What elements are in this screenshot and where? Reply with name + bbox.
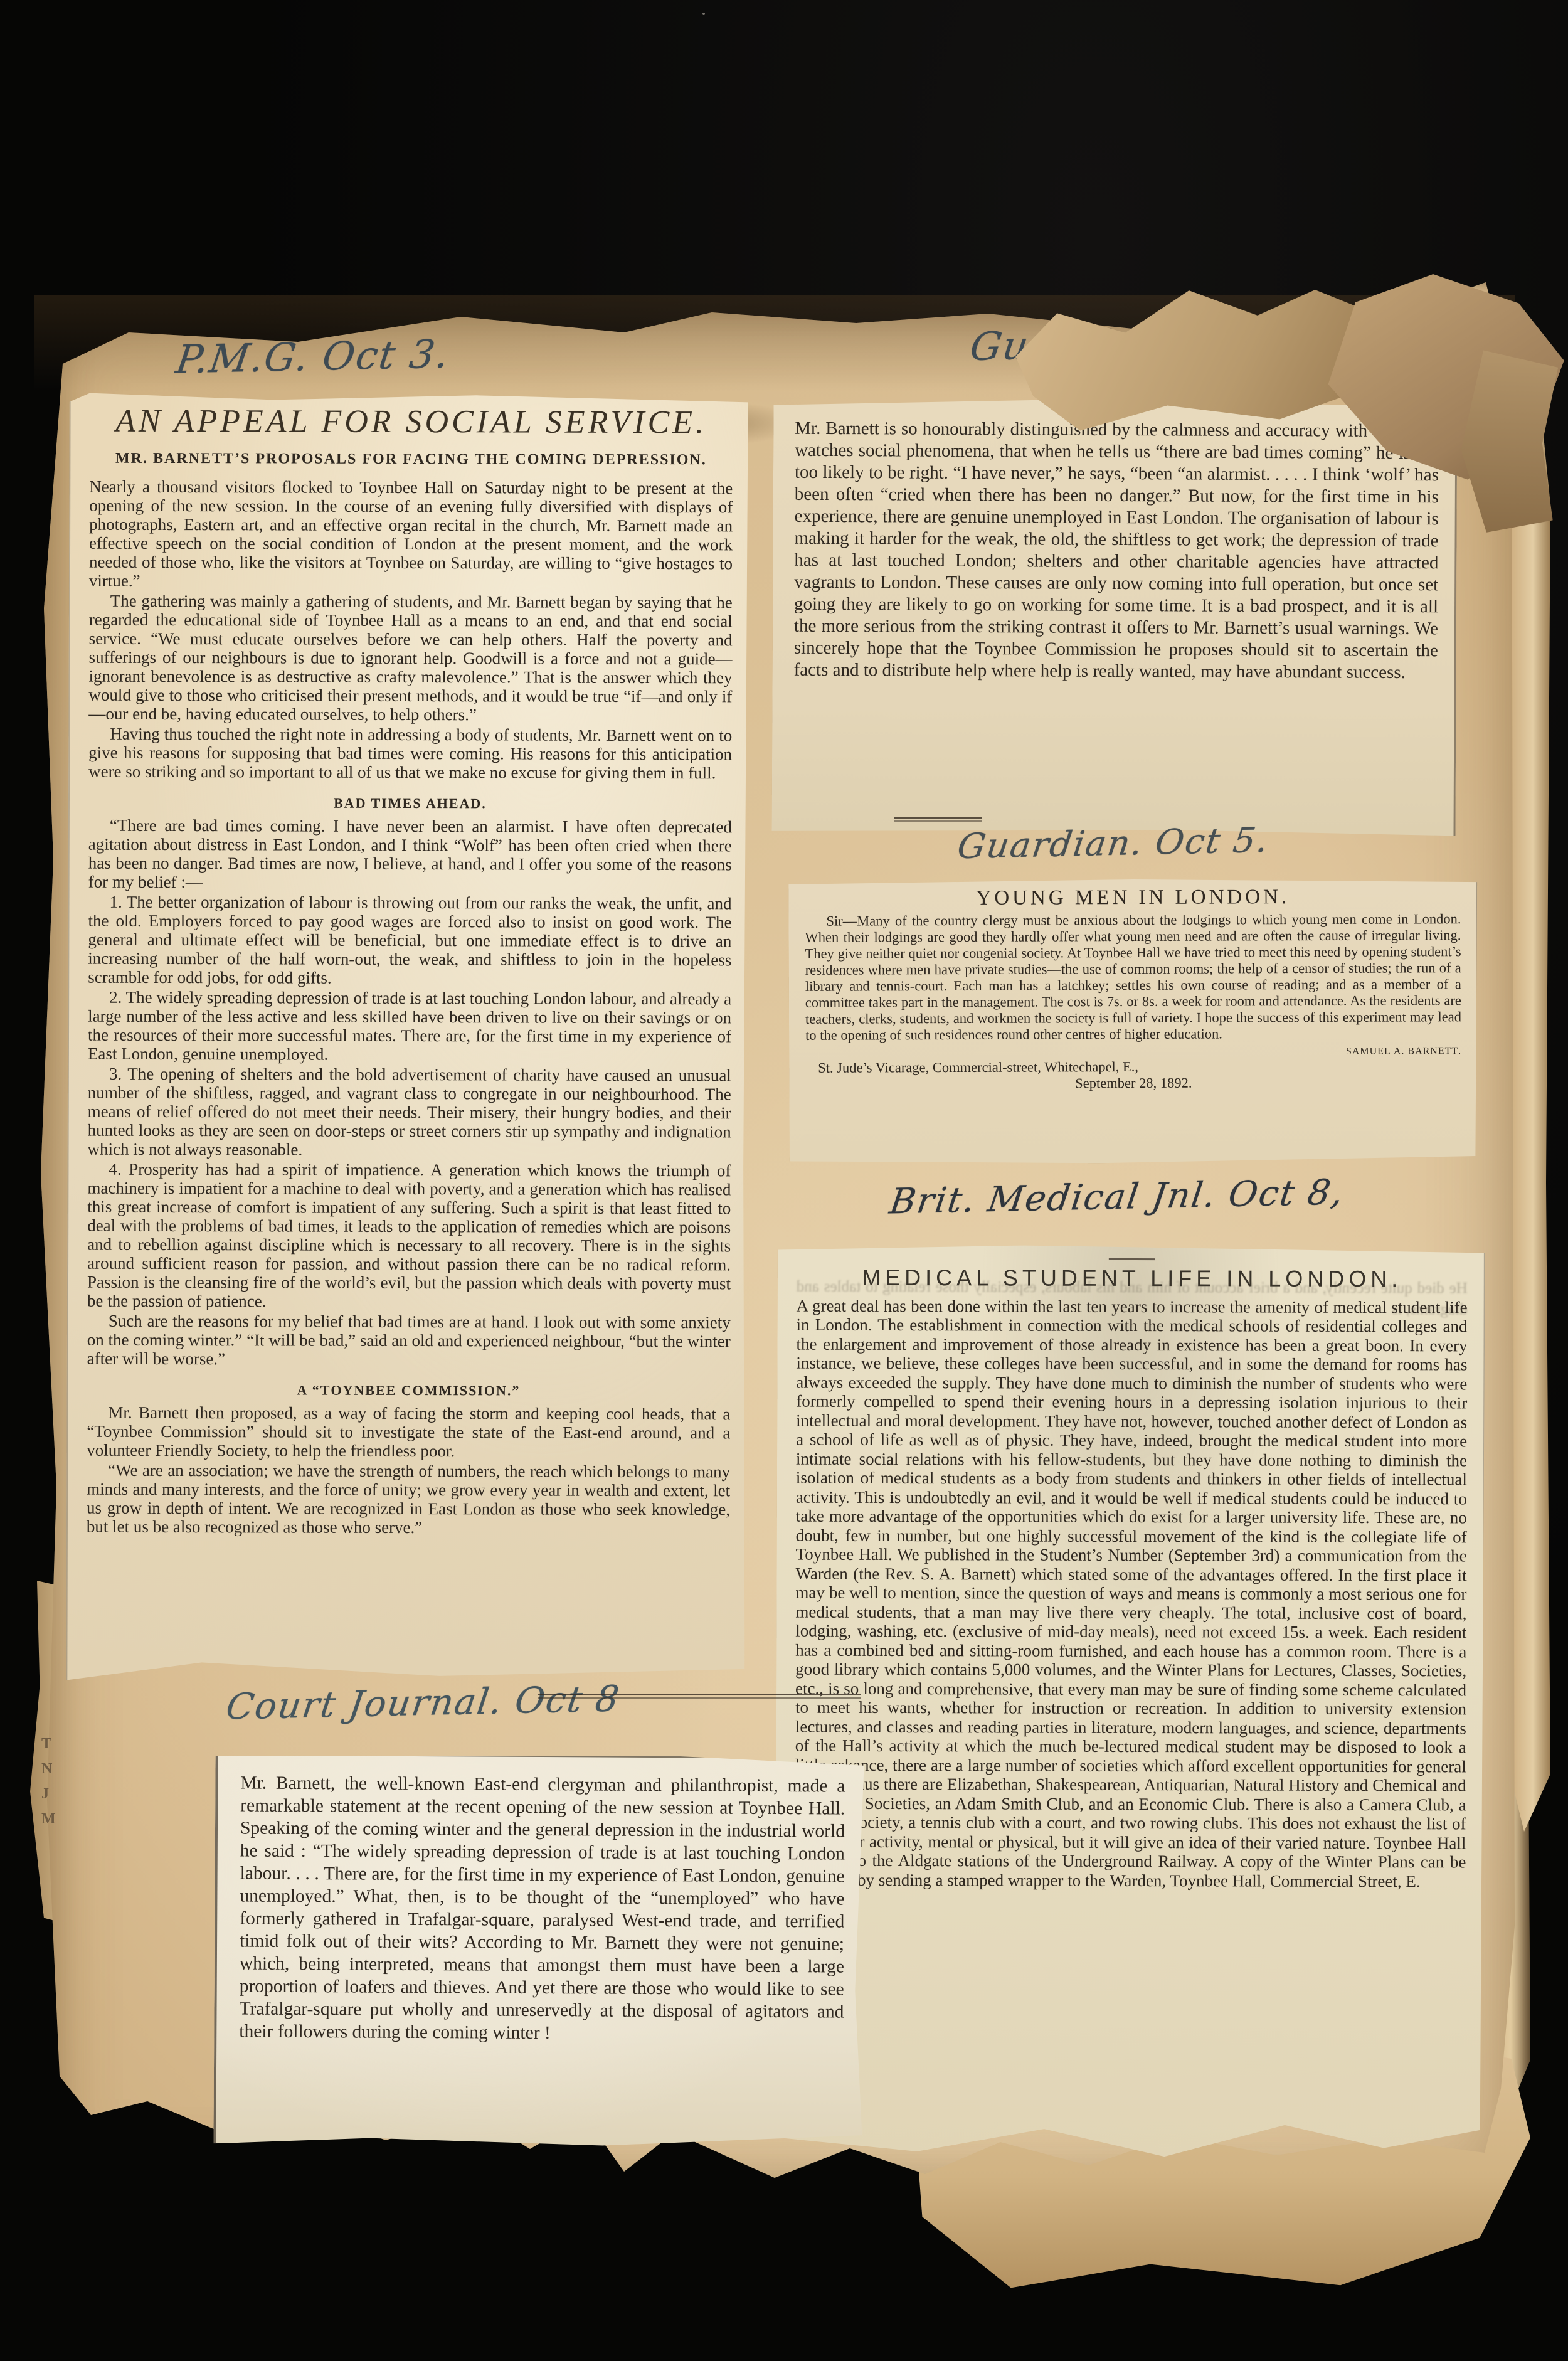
clipping-medical-student-life: He died quite recently, and a brief acco… xyxy=(775,1245,1485,2158)
article-paragraph: “We are an association; we have the stre… xyxy=(87,1461,730,1538)
article-title: YOUNG MEN IN LONDON. xyxy=(805,888,1461,907)
article-paragraph: 3. The opening of shelters and the bold … xyxy=(87,1064,731,1160)
letter-date: September 28, 1892. xyxy=(805,1074,1461,1093)
section-divider-rule xyxy=(1109,1258,1155,1260)
clipping-young-men-in-london: YOUNG MEN IN LONDON. Sir—Many of the cou… xyxy=(788,878,1478,1164)
article-title: MEDICAL STUDENT LIFE IN LONDON. xyxy=(797,1268,1468,1289)
article-paragraph: “There are bad times coming. I have neve… xyxy=(88,816,732,893)
scrapbook-photo: T N J M P.M.G. Oct 3. Guardian. ( Guardi… xyxy=(0,0,1568,2361)
clipping-guardian-leader: Mr. Barnett is so honourably distinguish… xyxy=(771,399,1457,836)
clipping-court-journal: Mr. Barnett, the well-known East-end cle… xyxy=(213,1753,864,2146)
clipping-appeal-for-social-service: AN APPEAL FOR SOCIAL SERVICE. Mr. Barnet… xyxy=(66,393,748,1682)
letter-address: St. Jude’s Vicarage, Commercial-street, … xyxy=(805,1058,1461,1076)
article-paragraph: 2. The widely spreading depression of tr… xyxy=(88,988,731,1065)
article-end-rule xyxy=(538,1694,861,1695)
article-paragraph: Mr. Barnett then proposed, as a way of f… xyxy=(87,1403,730,1462)
article-subtitle: Mr. Barnett’s Proposals for Facing the C… xyxy=(89,447,733,468)
article-paragraph: Having thus touched the right note in ad… xyxy=(88,724,732,783)
article-paragraph: Such are the reasons for my belief that … xyxy=(87,1312,731,1370)
article-paragraph: Mr. Barnett is so honourably distinguish… xyxy=(794,418,1439,684)
dust-speck xyxy=(702,13,705,15)
handwritten-source-court-journal: Court Journal. Oct 8 xyxy=(223,1678,622,1727)
article-paragraph: Mr. Barnett, the well-known East-end cle… xyxy=(239,1772,845,2046)
article-paragraph: 1. The better organization of labour is … xyxy=(88,893,731,989)
article-paragraph: A great deal has been done within the la… xyxy=(795,1296,1467,1891)
article-paragraph: The gathering was mainly a gathering of … xyxy=(88,592,733,725)
article-paragraph: 4. Prosperity has had a spirit of impati… xyxy=(87,1160,731,1312)
article-paragraph: Sir—Many of the country clergy must be a… xyxy=(805,911,1461,1044)
torn-edge-letter-fragments: T N J M xyxy=(41,1731,60,1832)
article-end-rule xyxy=(894,817,982,819)
section-heading-bad-times: Bad Times Ahead. xyxy=(88,791,732,812)
article-title: AN APPEAL FOR SOCIAL SERVICE. xyxy=(90,412,733,433)
letter-signature: Samuel A. Barnett. xyxy=(805,1041,1461,1060)
section-heading-toynbee-commission: A “Toynbee Commission.” xyxy=(87,1378,730,1399)
article-paragraph: Nearly a thousand visitors flocked to To… xyxy=(89,477,733,592)
handwritten-source-guardian-oct5: Guardian. Oct 5. xyxy=(955,820,1272,866)
handwritten-source-pmg: P.M.G. Oct 3. xyxy=(173,331,453,382)
